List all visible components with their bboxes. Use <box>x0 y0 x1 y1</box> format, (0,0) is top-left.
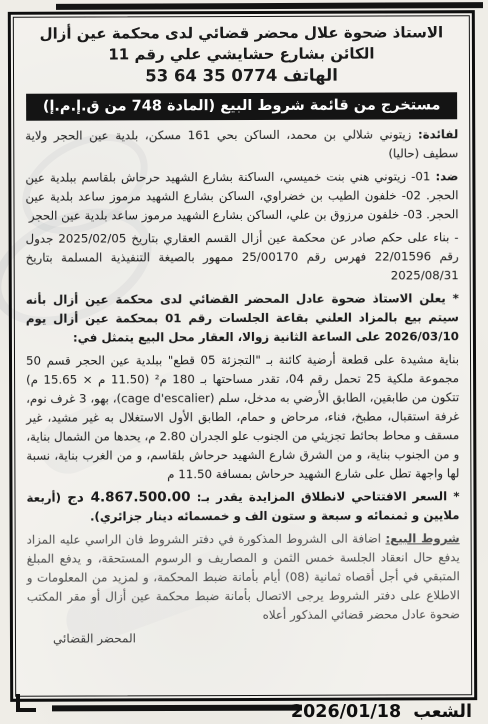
against-text: 01- زيتوني هني بنت خميسي، الساكنة بشارع … <box>25 169 458 222</box>
conditions-label: شروط البيع: <box>385 531 459 545</box>
price-amount: 4.867.500.00 دج <box>67 489 190 505</box>
property-description-paragraph: بناية مشيدة على قطعة أرضية كائنة بـ "الت… <box>26 350 459 485</box>
price-paragraph: * السعر الافتتاحي لانطلاق المزايدة يقدر … <box>26 487 459 527</box>
judgment-paragraph: - بناء على حكم صادر عن محكمة عين أزال ال… <box>26 228 459 287</box>
notice-border-frame: الاستاذ ضحوة علال محضر قضائي لدى محكمة ع… <box>8 10 477 702</box>
newspaper-name: الشعب <box>413 702 472 722</box>
bailiff-name-line: الاستاذ ضحوة علال محضر قضائي لدى محكمة ع… <box>25 22 458 45</box>
publication-date: 2026/01/18 <box>291 702 401 722</box>
beneficiary-paragraph: لفائدة: زيتوني شلالي بن محمد، الساكن بحي… <box>25 125 458 165</box>
notice-header: الاستاذ ضحوة علال محضر قضائي لدى محكمة ع… <box>25 22 458 87</box>
price-prefix: * السعر الافتتاحي لانطلاق المزايدة يقدر … <box>197 489 460 504</box>
scan-edge-artifact <box>56 2 483 10</box>
title-banner: مستخرج من قائمة شروط البيع (المادة 748 م… <box>26 92 457 121</box>
notice-content: الاستاذ ضحوة علال محضر قضائي لدى محكمة ع… <box>13 15 472 697</box>
footer-rule <box>52 705 302 712</box>
conditions-paragraph: شروط البيع: اضافة الى الشروط المذكورة في… <box>27 529 460 626</box>
office-address-line: الكائن بشارع حشايشي علي رقم 11 <box>25 43 458 66</box>
beneficiary-label: لفائدة: <box>418 127 458 141</box>
phone-line: الهاتف 0774 35 64 53 <box>25 64 458 87</box>
against-label: ضد: <box>435 169 458 183</box>
frame-corner-mark <box>16 694 36 712</box>
announcement-paragraph: * يعلن الاستاذ ضحوة عادل المحضر القضائي … <box>26 289 459 348</box>
against-paragraph: ضد: 01- زيتوني هني بنت خميسي، الساكنة بش… <box>25 167 458 226</box>
bailiff-signature: المحضر القضائي <box>27 628 460 649</box>
notice-body: لفائدة: زيتوني شلالي بن محمد، الساكن بحي… <box>25 125 460 649</box>
scanned-legal-notice-page: { "notice": { "header": { "line1": "الاس… <box>0 0 488 724</box>
beneficiary-text: زيتوني شلالي بن محمد، الساكن بحي 161 مسك… <box>25 127 458 160</box>
newspaper-masthead: الشعب 2026/01/18 <box>291 702 472 722</box>
